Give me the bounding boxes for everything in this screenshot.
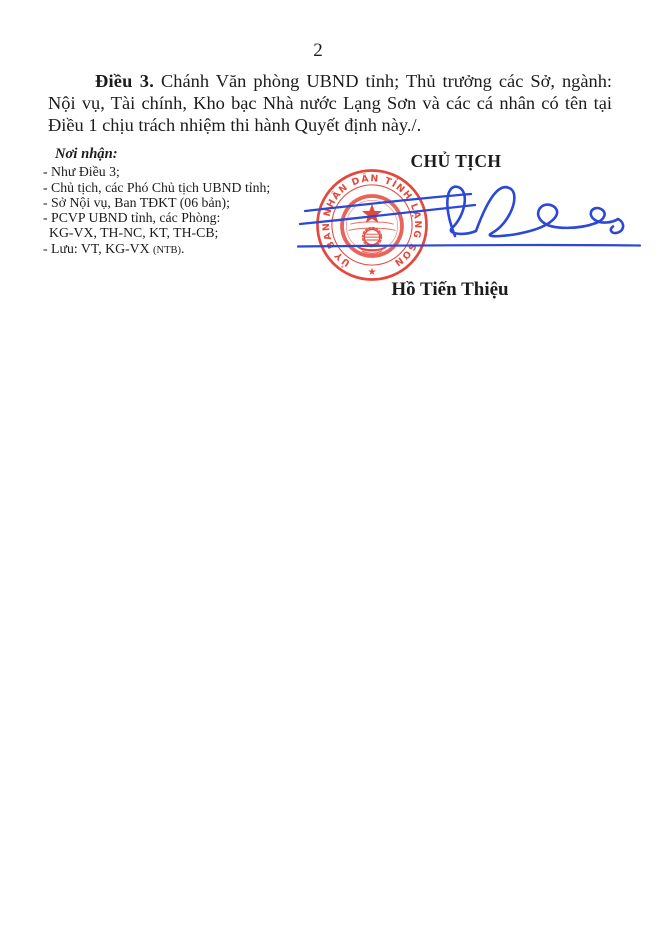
recipient-item-text: - Lưu: VT, KG-VX: [43, 241, 153, 256]
recipient-item-text: .: [181, 241, 184, 256]
signature-strokes: [298, 187, 640, 247]
page-number: 2: [48, 40, 588, 62]
handwritten-signature: [295, 178, 645, 263]
recipient-item: - Lưu: VT, KG-VX (NTB).: [43, 241, 270, 258]
recipient-item: - Như Điều 3;: [43, 164, 270, 179]
article-3-label: Điều 3.: [95, 71, 154, 91]
document-page: 2 Điều 3. Chánh Văn phòng UBND tỉnh; Thủ…: [0, 0, 660, 943]
recipient-item: KG-VX, TH-NC, KT, TH-CB;: [49, 225, 270, 240]
recipient-item: - PCVP UBND tỉnh, các Phòng:: [43, 210, 270, 225]
signature-underline: [298, 245, 640, 246]
signer-name: Hồ Tiến Thiệu: [330, 279, 570, 301]
recipient-item: - Sở Nội vụ, Ban TĐKT (06 bản);: [43, 195, 270, 210]
seal-bottom-star-icon: ★: [367, 267, 376, 278]
recipient-item: - Chủ tịch, các Phó Chủ tịch UBND tỉnh;: [43, 180, 270, 195]
recipients-block: Nơi nhận: - Như Điều 3; - Chủ tịch, các …: [43, 147, 270, 258]
signature-flourish: [447, 187, 623, 236]
recipient-item-note: (NTB): [153, 245, 181, 256]
recipients-heading: Nơi nhận:: [55, 147, 270, 162]
article-3-paragraph: Điều 3. Chánh Văn phòng UBND tỉnh; Thủ t…: [48, 70, 612, 136]
